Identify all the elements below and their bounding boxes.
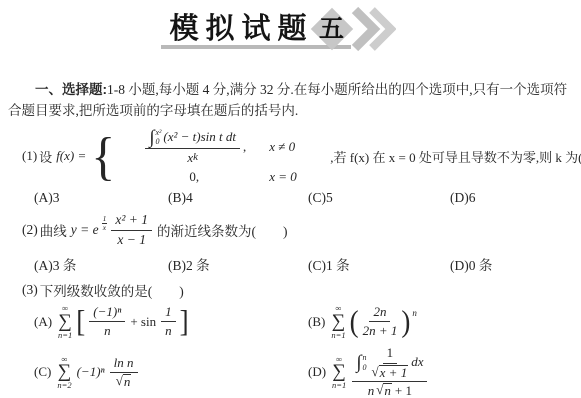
sum-lower-limit: n=2	[57, 381, 71, 390]
integral: ∫ x² 0	[149, 128, 161, 147]
title-number: 五	[319, 17, 344, 42]
plus-sin: + sin	[130, 314, 156, 330]
q1-fraction-numerator: ∫ x² 0 (x² − t)sin t dt	[145, 128, 240, 149]
q2-option-d: (D)0 条	[450, 254, 581, 274]
section-instructions: 一、选择题:1-8 小题,每小题 4 分,满分 32 分.在每小题所给出的四个选…	[8, 80, 575, 122]
outer-fraction-numerator: ∫ n 0 1 √ x + 1	[352, 345, 427, 382]
radical-sign: √	[376, 383, 383, 397]
integral-sign: ∫	[356, 353, 361, 372]
q2-option-a: (A)3 条	[34, 254, 168, 274]
fraction-numerator: (−1)ⁿ	[89, 304, 125, 322]
outer-fraction-denominator: n √ n + 1	[368, 382, 412, 398]
square-root: √ n	[116, 374, 132, 389]
sigma-symbol: ∑	[332, 363, 346, 381]
fraction-denominator: n	[165, 322, 172, 339]
fraction-denominator: √ n	[116, 373, 132, 389]
sigma-symbol: ∑	[58, 313, 72, 331]
square-root: √ n	[376, 383, 392, 398]
q2-options: (A)3 条 (B)2 条 (C)1 条 (D)0 条	[34, 254, 581, 274]
sum-lower-limit: n=1	[331, 331, 345, 340]
fraction: ln n √ n	[110, 355, 138, 390]
alternating-term: (−1)ⁿ	[77, 364, 105, 380]
q3-option-c-label: (C)	[34, 364, 51, 380]
integral-lower-limit: 0	[363, 363, 367, 372]
q2-fraction-denominator: x − 1	[117, 231, 146, 249]
sum-lower-limit: n=1	[58, 331, 72, 340]
sum-lower-limit: n=1	[332, 381, 346, 390]
fraction-denominator: 2n + 1	[363, 322, 398, 339]
exponent-denominator: x	[103, 224, 106, 232]
radical-sign: √	[372, 365, 379, 379]
square-root: √ x + 1	[372, 365, 409, 380]
exponent-fraction: 1 x	[102, 215, 108, 233]
q1-number: (1)	[22, 148, 37, 164]
case-row-2: 0, x = 0	[119, 169, 327, 185]
title-row: 模拟试题 五	[0, 6, 573, 52]
q1-tail: ,若 f(x) 在 x = 0 处可导且导数不为零,则 k 为( )	[330, 147, 581, 166]
piecewise-cases: ∫ x² 0 (x² − t)sin t dt xk , x ≠ 0	[119, 128, 327, 185]
case-2-expression: 0,	[119, 169, 269, 185]
fraction-denominator: n	[104, 322, 111, 339]
q3-option-b-label: (B)	[308, 314, 325, 330]
case-row-1: ∫ x² 0 (x² − t)sin t dt xk , x ≠ 0	[119, 128, 327, 166]
q1-option-d: (D)6	[450, 190, 581, 206]
radical-sign: √	[116, 374, 123, 388]
sigma-symbol: ∑	[332, 313, 346, 331]
section-label: 一、选择题:	[35, 82, 107, 97]
q2-number: (2)	[22, 222, 38, 238]
question-2: (2) 曲线 y = e 1 x x² + 1 x − 1 的渐近线条数为( )	[22, 212, 581, 249]
right-paren: )	[401, 306, 410, 337]
q1-fraction-denominator: xk	[187, 149, 198, 166]
q2-equation-lhs: y = e	[71, 222, 99, 238]
fraction-numerator: ln n	[110, 355, 138, 373]
case-1-condition: x ≠ 0	[269, 139, 327, 155]
question-3: (3) 下列级数收敛的是( )	[22, 280, 581, 300]
q2-option-c: (C)1 条	[308, 254, 450, 274]
q1-lead: 设	[39, 147, 52, 166]
case-1-expression: ∫ x² 0 (x² − t)sin t dt xk ,	[119, 128, 269, 166]
inner-fraction: 1 √ x + 1	[372, 345, 409, 380]
integral-limits: x² 0	[155, 128, 161, 146]
radicand: n	[123, 374, 132, 389]
integral-sign: ∫	[149, 128, 154, 147]
q2-lead: 曲线	[40, 220, 67, 240]
q3-option-d-label: (D)	[308, 364, 326, 380]
radicand: x + 1	[379, 365, 409, 380]
q1-option-c: (C)5	[308, 190, 450, 206]
title-banner: 模拟试题 五	[0, 0, 581, 56]
q1-fraction: ∫ x² 0 (x² − t)sin t dt xk	[145, 128, 240, 166]
left-paren: (	[350, 306, 359, 337]
fraction: 2n 2n + 1	[363, 304, 398, 340]
left-bracket: [	[76, 306, 85, 337]
q3-option-b: (B) ∞ ∑ n=1 ( 2n 2n + 1 ) n	[308, 304, 581, 340]
den-n-factor: n	[368, 383, 375, 398]
piecewise-brace: {	[91, 130, 115, 183]
case-2-condition: x = 0	[269, 169, 327, 185]
fraction: 1 n	[161, 304, 176, 340]
integral-limits: n 0	[363, 353, 367, 371]
outer-fraction: ∫ n 0 1 √ x + 1	[352, 345, 427, 398]
integral-lower-limit: 0	[155, 137, 161, 146]
right-bracket: ]	[180, 306, 189, 337]
integrand: (x² − t)sin t dt	[163, 129, 236, 145]
q3-number: (3)	[22, 282, 38, 298]
q2-fraction: x² + 1 x − 1	[111, 212, 152, 249]
den-exponent: k	[193, 151, 198, 165]
q3-option-a: (A) ∞ ∑ n=1 [ (−1)ⁿ n + sin 1 n ]	[34, 304, 308, 340]
fraction-numerator: 1	[161, 304, 176, 322]
den-plus-one: + 1	[395, 383, 412, 398]
page-title: 模拟试题	[169, 12, 313, 47]
radicand: n	[383, 383, 392, 398]
integral-upper-limit: x²	[155, 128, 161, 137]
q2-tail: 的渐近线条数为( )	[157, 220, 288, 240]
q3-option-c: (C) ∞ ∑ n=2 (−1)ⁿ ln n √ n	[34, 355, 308, 390]
double-chevron-icon	[350, 6, 396, 52]
fraction-numerator: 2n	[369, 304, 390, 322]
dx-differential: dx	[411, 354, 423, 370]
q2-fraction-numerator: x² + 1	[111, 212, 152, 231]
fraction: (−1)ⁿ n	[89, 304, 125, 340]
q1-options: (A)3 (B)4 (C)5 (D)6	[34, 190, 581, 206]
summation: ∞ ∑ n=1	[58, 304, 72, 339]
title-number-badge: 五	[310, 7, 354, 51]
inner-fraction-numerator: 1	[383, 345, 398, 363]
q3-option-d: (D) ∞ ∑ n=1 ∫ n 0 1	[308, 345, 581, 398]
case-1-comma: ,	[243, 139, 246, 155]
summation: ∞ ∑ n=1	[331, 304, 345, 339]
power-exponent: n	[412, 308, 417, 318]
integral-upper-limit: n	[363, 353, 367, 362]
q1-option-b: (B)4	[168, 190, 308, 206]
q1-option-a: (A)3	[34, 190, 168, 206]
q3-options: (A) ∞ ∑ n=1 [ (−1)ⁿ n + sin 1 n ] (B) ∞	[34, 304, 581, 398]
summation: ∞ ∑ n=2	[57, 355, 71, 390]
exam-page: 模拟试题 五 一、选择题:1-8 小题,每小题 4 分,满分 32 分.在每小题…	[0, 0, 581, 398]
integral: ∫ n 0	[356, 353, 366, 372]
summation: ∞ ∑ n=1	[332, 355, 346, 390]
question-1: (1) 设 f(x) = { ∫ x² 0	[22, 128, 581, 185]
q3-stem: 下列级数收敛的是( )	[40, 280, 184, 300]
q3-option-a-label: (A)	[34, 314, 52, 330]
inner-fraction-denominator: √ x + 1	[372, 364, 409, 380]
q1-function: f(x) =	[56, 148, 86, 164]
q2-option-b: (B)2 条	[168, 254, 308, 274]
sigma-symbol: ∑	[58, 363, 72, 381]
